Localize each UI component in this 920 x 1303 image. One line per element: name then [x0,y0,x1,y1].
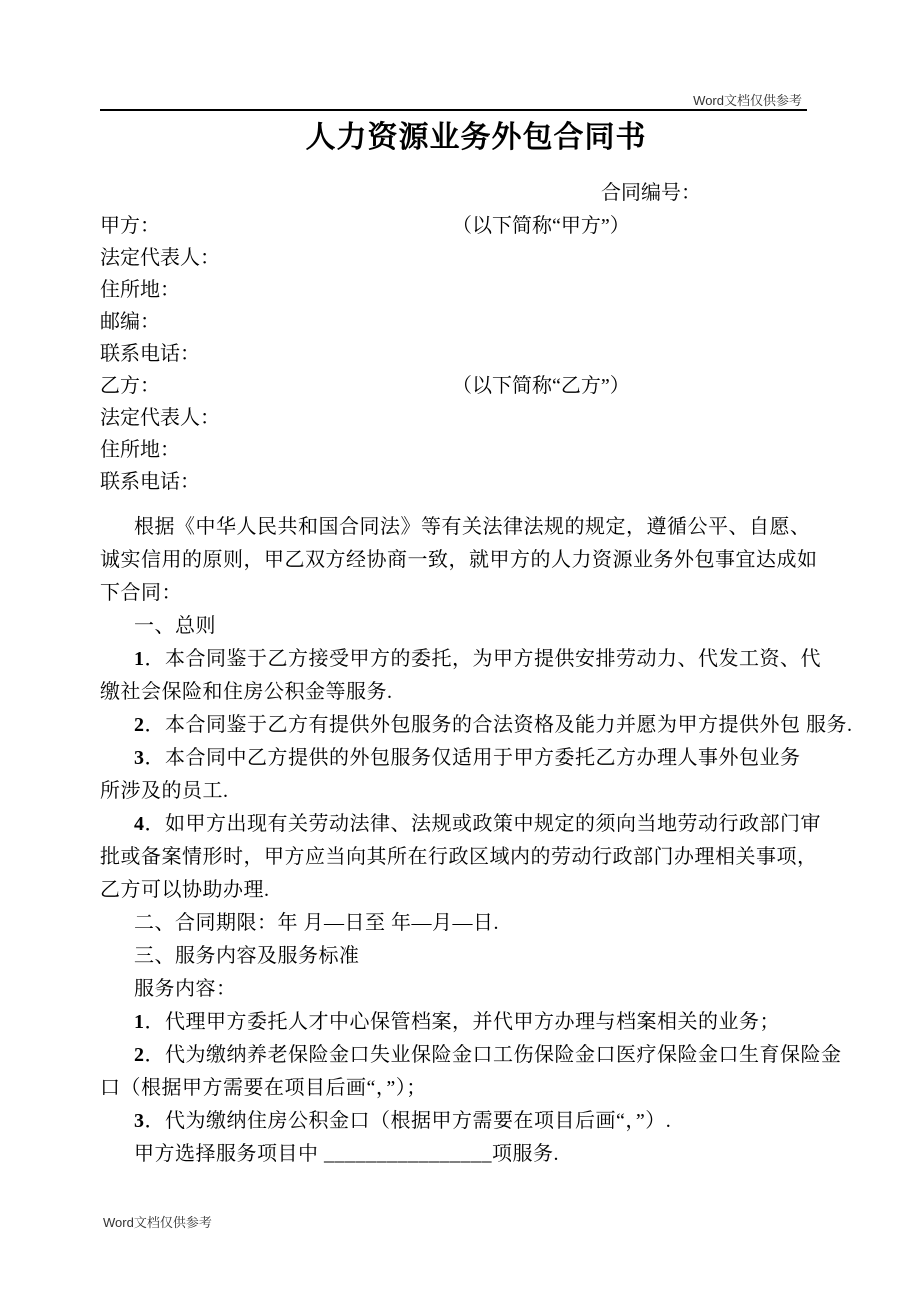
contract-number-label: 合同编号： [601,180,701,206]
section-heading-general: 一、总则 [100,610,845,643]
party-label: 乙方： [100,375,160,397]
clause-line: 4．如甲方出现有关劳动法律、法规或政策中规定的须向当地劳动行政部门审 [100,808,845,841]
party-label: 联系电话： [100,343,200,365]
body-line: 口（根据甲方需要在项目后画“，”）； [100,1072,845,1105]
party-row-address-b: 住所地： [100,434,840,466]
party-row-legal-rep-b: 法定代表人： [100,402,840,434]
party-label: 法定代表人： [100,407,220,429]
party-label: 联系电话： [100,471,200,493]
clause-line: 3．本合同中乙方提供的外包服务仅适用于甲方委托乙方办理人事外包业务 [100,742,845,775]
service-selection-blank-line: 甲方选择服务项目中 ________________项服务. [100,1138,845,1171]
party-row-legal-rep-a: 法定代表人： [100,242,840,274]
contract-body: 根据《中华人民共和国合同法》等有关法律法规的规定，遵循公平、自愿、 诚实信用的原… [100,511,845,1171]
body-line: 批或备案情形时，甲方应当向其所在行政区域内的劳动行政部门办理相关事项， [100,841,845,874]
party-row-address-a: 住所地： [100,274,840,306]
header-watermark-note: Word文档仅供参考 [693,90,802,109]
party-info-block: 甲方：（以下简称“甲方”） 法定代表人： 住所地： 邮编： 联系电话： 乙方：（… [100,210,840,498]
party-row-phone-a: 联系电话： [100,338,840,370]
body-line: 根据《中华人民共和国合同法》等有关法律法规的规定，遵循公平、自愿、 [100,511,845,544]
service-content-label: 服务内容： [100,973,845,1006]
body-line: 诚实信用的原则，甲乙双方经协商一致，就甲方的人力资源业务外包事宜达成如 [100,544,845,577]
clause-line: 2．本合同鉴于乙方有提供外包服务的合法资格及能力并愿为甲方提供外包 服务. [100,709,845,742]
party-alias-note: （以下简称“甲方”） [452,210,630,242]
party-row-phone-b: 联系电话： [100,466,840,498]
party-label: 邮编： [100,311,160,333]
party-row-jiafang: 甲方：（以下简称“甲方”） [100,210,840,242]
clause-line: 1．代理甲方委托人才中心保管档案，并代甲方办理与档案相关的业务； [100,1006,845,1039]
body-line: 下合同： [100,577,845,610]
clause-line: 1．本合同鉴于乙方接受甲方的委托，为甲方提供安排劳动力、代发工资、代 [100,643,845,676]
footer-watermark-note: Word文档仅供参考 [103,1212,212,1231]
body-line: 所涉及的员工. [100,775,845,808]
party-label: 住所地： [100,279,180,301]
party-alias-note: （以下简称“乙方”） [452,370,630,402]
clause-line: 3．代为缴纳住房公积金口（根据甲方需要在项目后画“，”）. [100,1105,845,1138]
party-row-yifang: 乙方：（以下简称“乙方”） [100,370,840,402]
document-page: Word文档仅供参考 人力资源业务外包合同书 合同编号： 甲方：（以下简称“甲方… [0,0,920,1303]
page-title: 人力资源业务外包合同书 [100,112,810,156]
party-row-postcode-a: 邮编： [100,306,840,338]
header-divider-line [100,109,807,111]
clause-line: 2．代为缴纳养老保险金口失业保险金口工伤保险金口医疗保险金口生育保险金 [100,1039,845,1072]
section-heading-term: 二、合同期限：年 月—日至 年—月—日. [100,907,845,940]
party-label: 甲方： [100,215,160,237]
body-line: 乙方可以协助办理. [100,874,845,907]
section-heading-services: 三、服务内容及服务标准 [100,940,845,973]
party-label: 法定代表人： [100,247,220,269]
body-line: 缴社会保险和住房公积金等服务. [100,676,845,709]
party-label: 住所地： [100,439,180,461]
